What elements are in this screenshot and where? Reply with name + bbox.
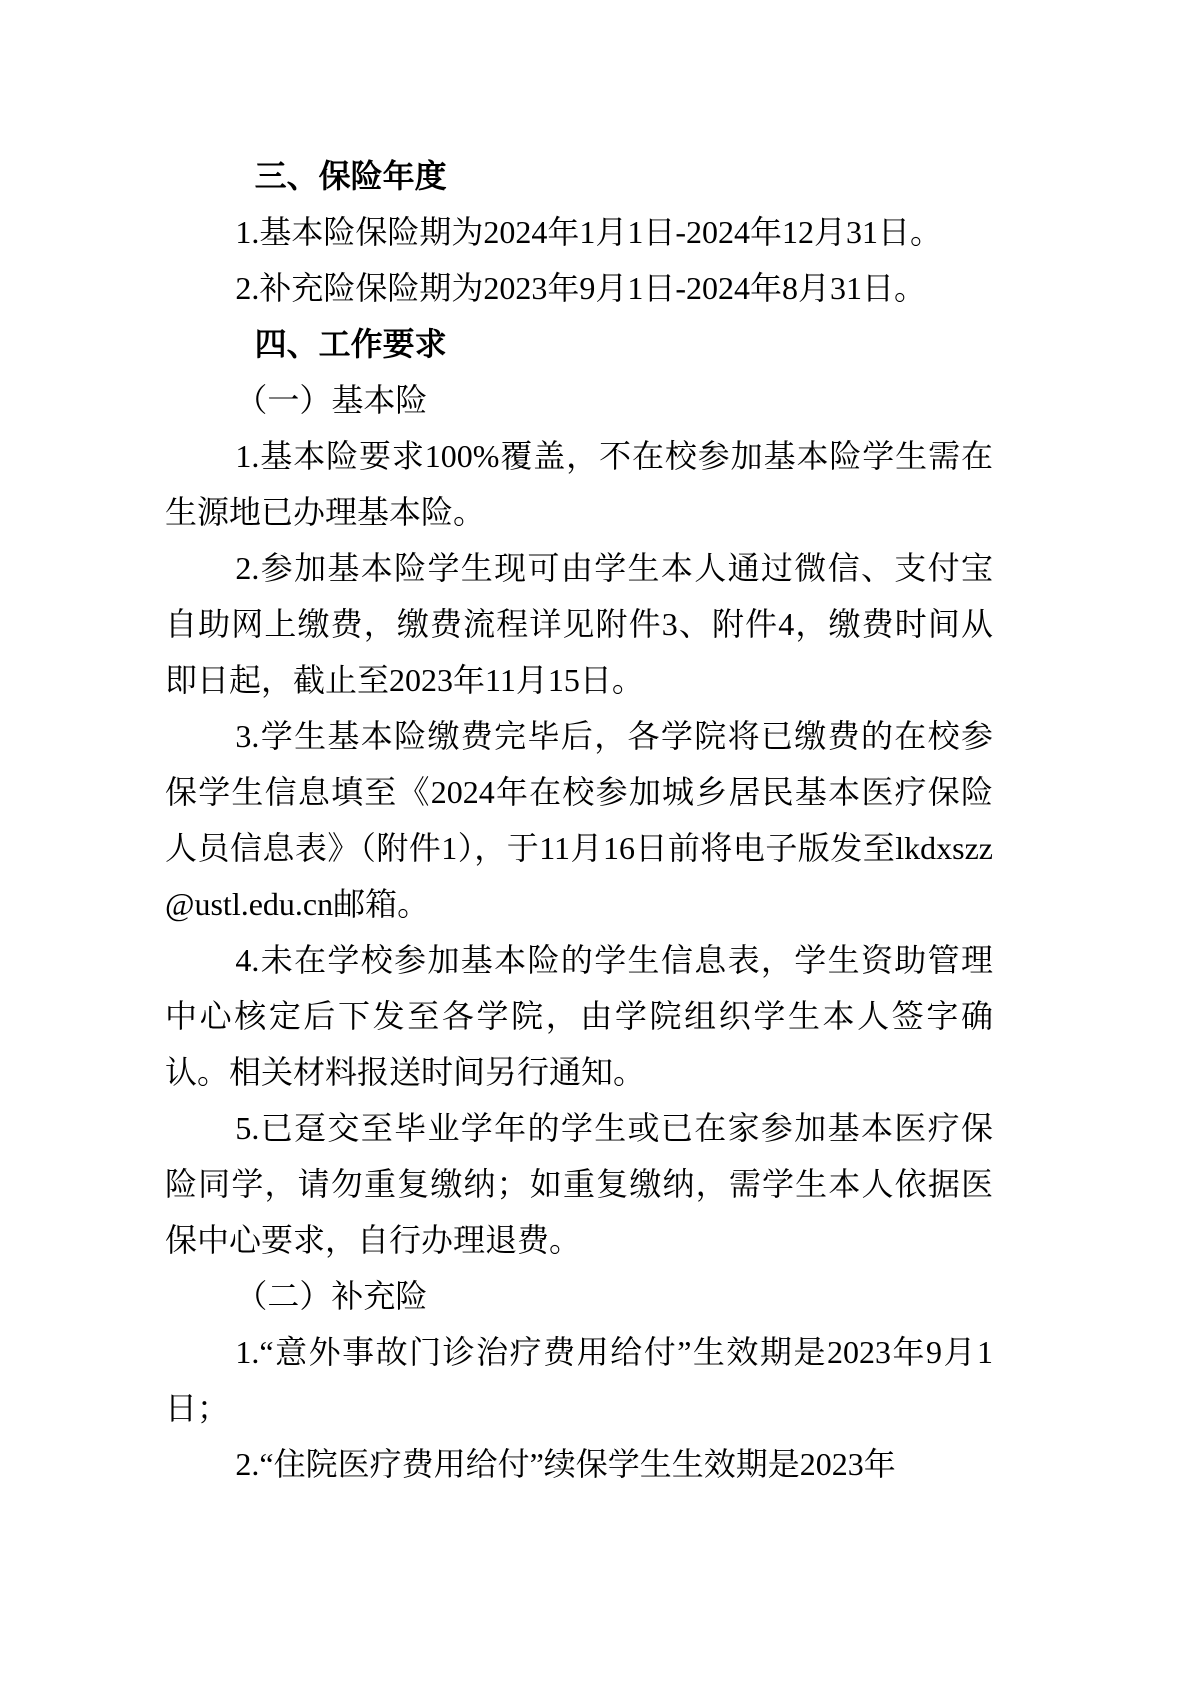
body-paragraph: 5.已趸交至毕业学年的学生或已在家参加基本医疗保险同学，请勿重复缴纳；如重复缴纳… xyxy=(165,1100,993,1268)
body-paragraph: 2.参加基本险学生现可由学生本人通过微信、支付宝自助网上缴费，缴费流程详见附件3… xyxy=(165,540,993,708)
body-paragraph: 1.基本险保险期为2024年1月1日-2024年12月31日。 xyxy=(165,204,993,260)
body-paragraph: 3.学生基本险缴费完毕后，各学院将已缴费的在校参保学生信息填至《2024年在校参… xyxy=(165,708,993,932)
body-paragraph: 2.补充险保险期为2023年9月1日-2024年8月31日。 xyxy=(165,260,993,316)
body-paragraph: 4.未在学校参加基本险的学生信息表，学生资助管理中心核定后下发至各学院，由学院组… xyxy=(165,932,993,1100)
section-heading: 四、工作要求 xyxy=(165,316,993,372)
document-page: 三、保险年度1.基本险保险期为2024年1月1日-2024年12月31日。2.补… xyxy=(0,0,1190,1683)
section-heading: 三、保险年度 xyxy=(165,148,993,204)
body-paragraph: 2.“住院医疗费用给付”续保学生生效期是2023年 xyxy=(165,1436,993,1492)
body-paragraph: 1.“意外事故门诊治疗费用给付”生效期是2023年9月1日； xyxy=(165,1324,993,1436)
body-paragraph: 1.基本险要求100%覆盖，不在校参加基本险学生需在生源地已办理基本险。 xyxy=(165,428,993,540)
body-paragraph: （一）基本险 xyxy=(165,372,993,428)
body-paragraph: （二）补充险 xyxy=(165,1268,993,1324)
document-content: 三、保险年度1.基本险保险期为2024年1月1日-2024年12月31日。2.补… xyxy=(165,148,993,1492)
